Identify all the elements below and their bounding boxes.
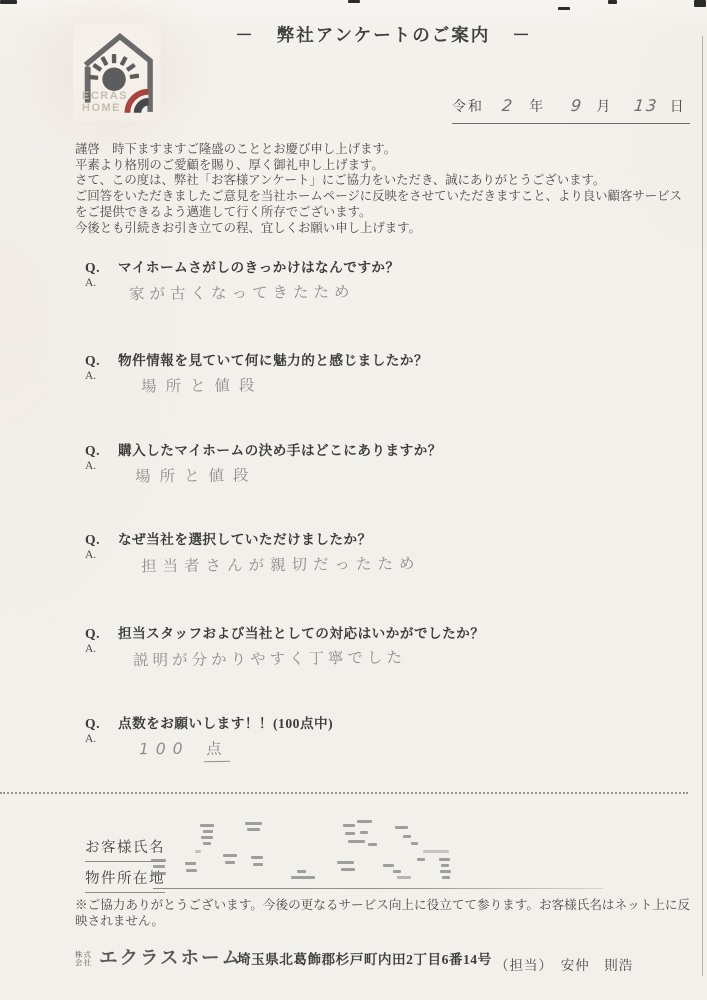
date-day-label: 日 <box>670 100 686 115</box>
question-label: Q. <box>85 353 118 369</box>
scan-artifact <box>348 0 360 3</box>
question-text: なぜ当社を選択していただけましたか？ <box>118 532 372 547</box>
rainbow-arc-icon <box>127 92 148 113</box>
footnote-line: ※ご協力ありがとうございます。今後の更なるサービス向上に役立てて参ります。お客様… <box>75 897 705 913</box>
answer-label: A. <box>85 460 107 472</box>
greeting-line: をご提供できるよう邁進して行く所存でございます。 <box>75 205 697 221</box>
question-row: Q.点数をお願いします！！(100点中) <box>85 712 665 732</box>
answer-label: A. <box>85 370 107 382</box>
title-dash-right: － <box>512 22 532 47</box>
handwritten-answer: 担当者さんが親切だったため <box>141 552 421 577</box>
question-row: Q.マイホームさがしのきっかけはなんですか？ <box>85 256 665 276</box>
answer-label: A. <box>85 549 107 561</box>
page-title: －弊社アンケートのご案内－ <box>60 22 707 47</box>
title-text: 弊社アンケートのご案内 <box>277 25 490 45</box>
answer-row: A.説明が分かりやすく丁寧でした <box>85 643 665 669</box>
question-text: 担当スタッフおよび当社としての対応はいかがでしたか？ <box>118 626 484 641</box>
greeting-line: ご回答をいただきましたご意見を当社ホームページに反映をさせていただきますこと、よ… <box>75 189 697 205</box>
date-line: 令和 2 年 9 月 13 日 <box>452 96 690 124</box>
qa-block-5: Q.担当スタッフおよび当社としての対応はいかがでしたか？ A.説明が分かりやすく… <box>85 622 665 669</box>
answer-label: A. <box>85 277 107 289</box>
qa-block-1: Q.マイホームさがしのきっかけはなんですか？ A.家が古くなってきたため <box>85 256 665 303</box>
company-address: 埼玉県北葛飾郡杉戸町内田2丁目6番14号 <box>237 948 492 968</box>
greeting-line: 謹啓 時下ますますご隆盛のこととお慶び申し上げます。 <box>75 142 697 158</box>
answer-row: A.場所と値段 <box>85 460 665 486</box>
footnote: ※ご協力ありがとうございます。今後の更なるサービス向上に役立てて参ります。お客様… <box>75 897 705 929</box>
date-month-label: 月 <box>596 100 612 115</box>
logo-wordmark: ECRAS HOME <box>82 91 128 114</box>
question-text: 物件情報を見ていて何に魅力的と感じましたか？ <box>118 353 428 368</box>
answer-row: A.場所と値段 <box>85 370 665 396</box>
sun-icon <box>89 54 139 91</box>
property-location-label: 物件所在地 <box>85 867 165 893</box>
qa-block-3: Q.購入したマイホームの決め手はどこにありますか？ A.場所と値段 <box>85 439 665 486</box>
handwritten-answer: 家が古くなってきたため <box>129 280 355 304</box>
scan-artifact <box>694 0 706 7</box>
date-day-handwritten: 13 <box>633 96 659 115</box>
staff-in-charge: （担当） 安仲 則浩 <box>495 954 633 974</box>
date-year-label: 年 <box>529 100 545 115</box>
title-dash-left: － <box>235 22 255 47</box>
question-label: Q. <box>85 443 118 459</box>
footnote-line: 映されません。 <box>75 913 705 929</box>
scan-artifact <box>608 0 617 4</box>
question-label: Q. <box>85 260 118 276</box>
greeting-line: 平素より格別のご愛顧を賜り、厚く御礼申し上げます。 <box>75 158 697 174</box>
handwritten-score-unit: 点 <box>203 737 229 762</box>
qa-block-4: Q.なぜ当社を選択していただけましたか？ A.担当者さんが親切だったため <box>85 528 665 575</box>
answer-row: A.担当者さんが親切だったため <box>85 549 665 575</box>
logo-brand-bottom: HOME <box>82 103 128 115</box>
scan-artifact <box>558 7 570 10</box>
company-name: エクラスホーム <box>99 944 242 970</box>
answer-row: A.100点 <box>85 733 665 762</box>
greeting-paragraph: 謹啓 時下ますますご隆盛のこととお慶び申し上げます。 平素より格別のご愛顧を賜り… <box>75 142 697 236</box>
answer-label: A. <box>85 733 107 745</box>
answer-label: A. <box>85 643 107 655</box>
address-underline <box>153 888 603 889</box>
scanned-survey-page: ECRAS HOME －弊社アンケートのご案内－ 令和 2 年 9 月 13 日… <box>0 0 707 1000</box>
company-footer: 株式 会社 エクラスホーム 埼玉県北葛飾郡杉戸町内田2丁目6番14号 （担当） … <box>75 944 695 984</box>
company-prefix-bottom: 会社 <box>75 959 92 967</box>
question-row: Q.担当スタッフおよび当社としての対応はいかがでしたか？ <box>85 622 665 642</box>
question-label: Q. <box>85 716 118 732</box>
logo-brand-top: ECRAS <box>82 91 128 103</box>
question-text: マイホームさがしのきっかけはなんですか？ <box>118 260 400 275</box>
question-label: Q. <box>85 532 118 548</box>
handwritten-answer: 説明が分かりやすく丁寧でした <box>133 646 406 671</box>
property-location-row: 物件所在地 <box>85 867 165 895</box>
company-prefix: 株式 会社 <box>75 951 92 967</box>
greeting-line: さて、この度は、弊社「お客様アンケート」にご協力をいただき、誠にありがとうござい… <box>75 173 697 189</box>
date-month-handwritten: 9 <box>570 96 584 115</box>
qa-block-6: Q.点数をお願いします！！(100点中) A.100点 <box>85 712 665 762</box>
handwritten-answer: 場所と値段 <box>141 373 264 396</box>
date-year-handwritten: 2 <box>501 96 515 115</box>
handwritten-answer: 場所と値段 <box>135 463 258 486</box>
question-row: Q.購入したマイホームの決め手はどこにありますか？ <box>85 439 665 459</box>
paper-edge-line <box>702 36 703 976</box>
greeting-line: 今後とも引続きお引き立ての程、宜しくお願い申し上げます。 <box>75 221 697 237</box>
question-row: Q.物件情報を見ていて何に魅力的と感じましたか？ <box>85 349 665 369</box>
answer-row: A.家が古くなってきたため <box>85 277 665 303</box>
handwritten-score: 100 <box>139 740 190 759</box>
question-text: 点数をお願いします！！(100点中) <box>118 716 333 731</box>
scan-artifact <box>0 0 17 4</box>
dotted-divider <box>0 792 688 794</box>
qa-block-2: Q.物件情報を見ていて何に魅力的と感じましたか？ A.場所と値段 <box>85 349 665 396</box>
question-text: 購入したマイホームの決め手はどこにありますか？ <box>118 443 442 458</box>
date-era: 令和 <box>452 100 484 115</box>
question-row: Q.なぜ当社を選択していただけましたか？ <box>85 528 665 548</box>
question-label: Q. <box>85 626 118 642</box>
